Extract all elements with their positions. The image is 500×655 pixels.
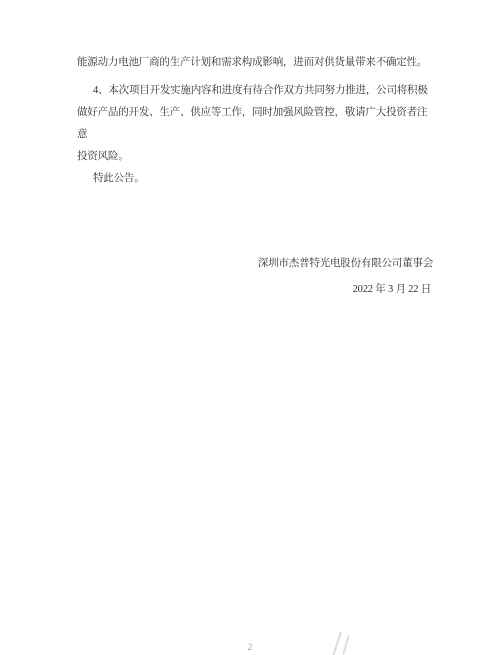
document-page: 能源动力电池厂商的生产计划和需求构成影响，进而对供货量带来不确定性。 4、本次项… (0, 0, 500, 655)
paragraph-line: 4、本次项目开发实施内容和进度有待合作双方共同努力推进，公司将积极 (77, 80, 433, 102)
signature-line: 深圳市杰普特光电股份有限公司董事会 (77, 253, 433, 275)
paragraph-line: 投资风险。 (77, 146, 433, 168)
page-number: 2 (0, 641, 500, 653)
date-line: 2022 年 3 月 22 日 (77, 279, 433, 301)
document-body: 能源动力电池厂商的生产计划和需求构成影响，进而对供货量带来不确定性。 4、本次项… (77, 52, 433, 301)
paragraph-continuation-line: 能源动力电池厂商的生产计划和需求构成影响，进而对供货量带来不确定性。 (77, 52, 433, 74)
paragraph-line: 做好产品的开发、生产、供应等工作，同时加强风险管控，敬请广大投资者注意 (77, 102, 433, 146)
closing-line: 特此公告。 (77, 168, 433, 190)
